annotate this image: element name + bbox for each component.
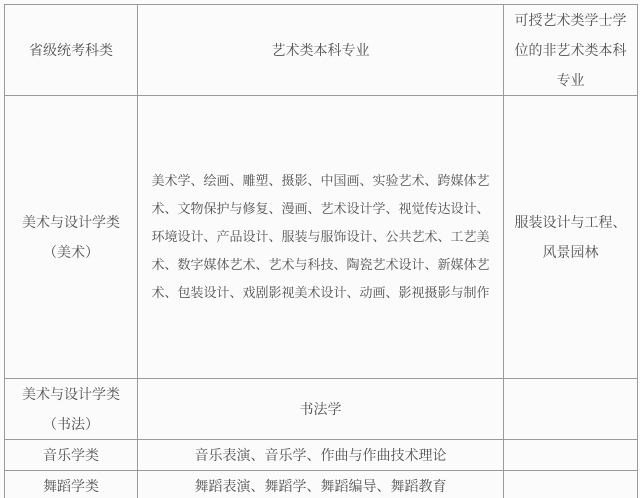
table-row-music: 音乐学类 音乐表演、音乐学、作曲与作曲技术理论: [5, 440, 638, 471]
non-art-majors-cell: [504, 440, 638, 471]
art-majors-table: 省级统考科类 艺术类本科专业 可授艺术类学士学位的非艺术类本科专业 美术与设计学…: [4, 4, 638, 498]
art-majors-cell: 美术学、绘画、雕塑、摄影、中国画、实验艺术、跨媒体艺术、文物保护与修复、漫画、艺…: [138, 96, 504, 379]
art-majors-cell: 舞蹈表演、舞蹈学、舞蹈编导、舞蹈教育: [138, 471, 504, 498]
table-row-calligraphy: 美术与设计学类（书法） 书法学: [5, 379, 638, 440]
table-row-dance: 舞蹈学类 舞蹈表演、舞蹈学、舞蹈编导、舞蹈教育: [5, 471, 638, 498]
non-art-majors-cell: [504, 471, 638, 498]
header-non-art-majors-awarding-art-degree: 可授艺术类学士学位的非艺术类本科专业: [504, 5, 638, 96]
category-cell: 美术与设计学类（书法）: [5, 379, 138, 440]
art-majors-cell: 音乐表演、音乐学、作曲与作曲技术理论: [138, 440, 504, 471]
category-cell: 音乐学类: [5, 440, 138, 471]
table-row-fine-arts: 美术与设计学类（美术） 美术学、绘画、雕塑、摄影、中国画、实验艺术、跨媒体艺术、…: [5, 96, 638, 379]
non-art-majors-cell: 服装设计与工程、风景园林: [504, 96, 638, 379]
header-art-undergrad-majors: 艺术类本科专业: [138, 5, 504, 96]
category-cell: 舞蹈学类: [5, 471, 138, 498]
non-art-majors-cell: [504, 379, 638, 440]
header-row: 省级统考科类 艺术类本科专业 可授艺术类学士学位的非艺术类本科专业: [5, 5, 638, 96]
art-majors-cell: 书法学: [138, 379, 504, 440]
category-cell: 美术与设计学类（美术）: [5, 96, 138, 379]
header-exam-category: 省级统考科类: [5, 5, 138, 96]
